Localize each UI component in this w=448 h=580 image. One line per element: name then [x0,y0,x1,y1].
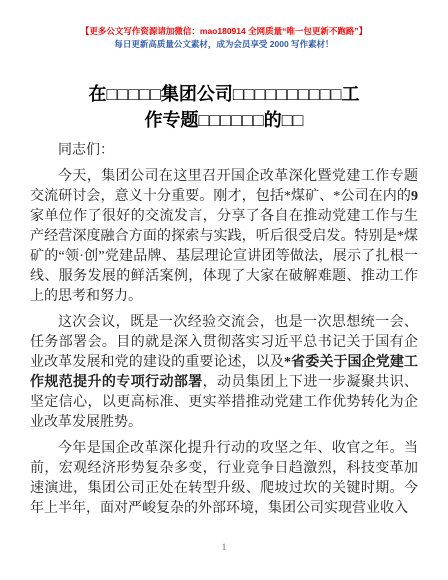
text-run-bold: 9 [411,189,418,204]
title-line-1: 在□□□□□集团公司□□□□□□□□□□工 [88,84,359,104]
document-body: 同志们： 今天，集团公司在这里召开国企改革深化暨党建工作专题交流研讨会，意义十分… [0,141,448,519]
document-page: 【更多公文写作资源请加微信：mao180914 全网质量“唯一包更新不跑路”】 … [0,0,448,580]
paragraph-3: 今年是国企改革深化提升行动的攻坚之年、收官之年。当前，宏观经济形势复杂多变，行业… [30,439,418,519]
salutation: 同志们： [30,141,418,161]
paragraph-2: 这次会议，既是一次经验交流会，也是一次思想统一会、任务部署会。目的就是深入贯彻落… [30,313,418,433]
text-run: 今天，集团公司在这里召开国企改革深化暨党建工作专题交流研讨会，意义十分重要。刚才… [30,169,418,204]
page-number: 1 [0,542,448,552]
title-line-2: 作专题□□□□□□的□□ [145,110,304,130]
watermark-line-2: 每日更新高质量公文素材，成为会员享受 2000 写作素材！ [0,38,448,51]
document-title: 在□□□□□集团公司□□□□□□□□□□工作专题□□□□□□的□□ [24,81,424,133]
text-run: 今年是国企改革深化提升行动的攻坚之年、收官之年。当前，宏观经济形势复杂多变，行业… [30,441,418,516]
watermark-line-1: 【更多公文写作资源请加微信：mao180914 全网质量“唯一包更新不跑路”】 [0,25,448,38]
watermark: 【更多公文写作资源请加微信：mao180914 全网质量“唯一包更新不跑路”】 … [0,0,448,51]
paragraph-1: 今天，集团公司在这里召开国企改革深化暨党建工作专题交流研讨会，意义十分重要。刚才… [30,167,418,307]
text-run: 家单位作了很好的交流发言，分享了各自在推动党建工作与生产经营深度融合方面的探索与… [30,209,418,304]
